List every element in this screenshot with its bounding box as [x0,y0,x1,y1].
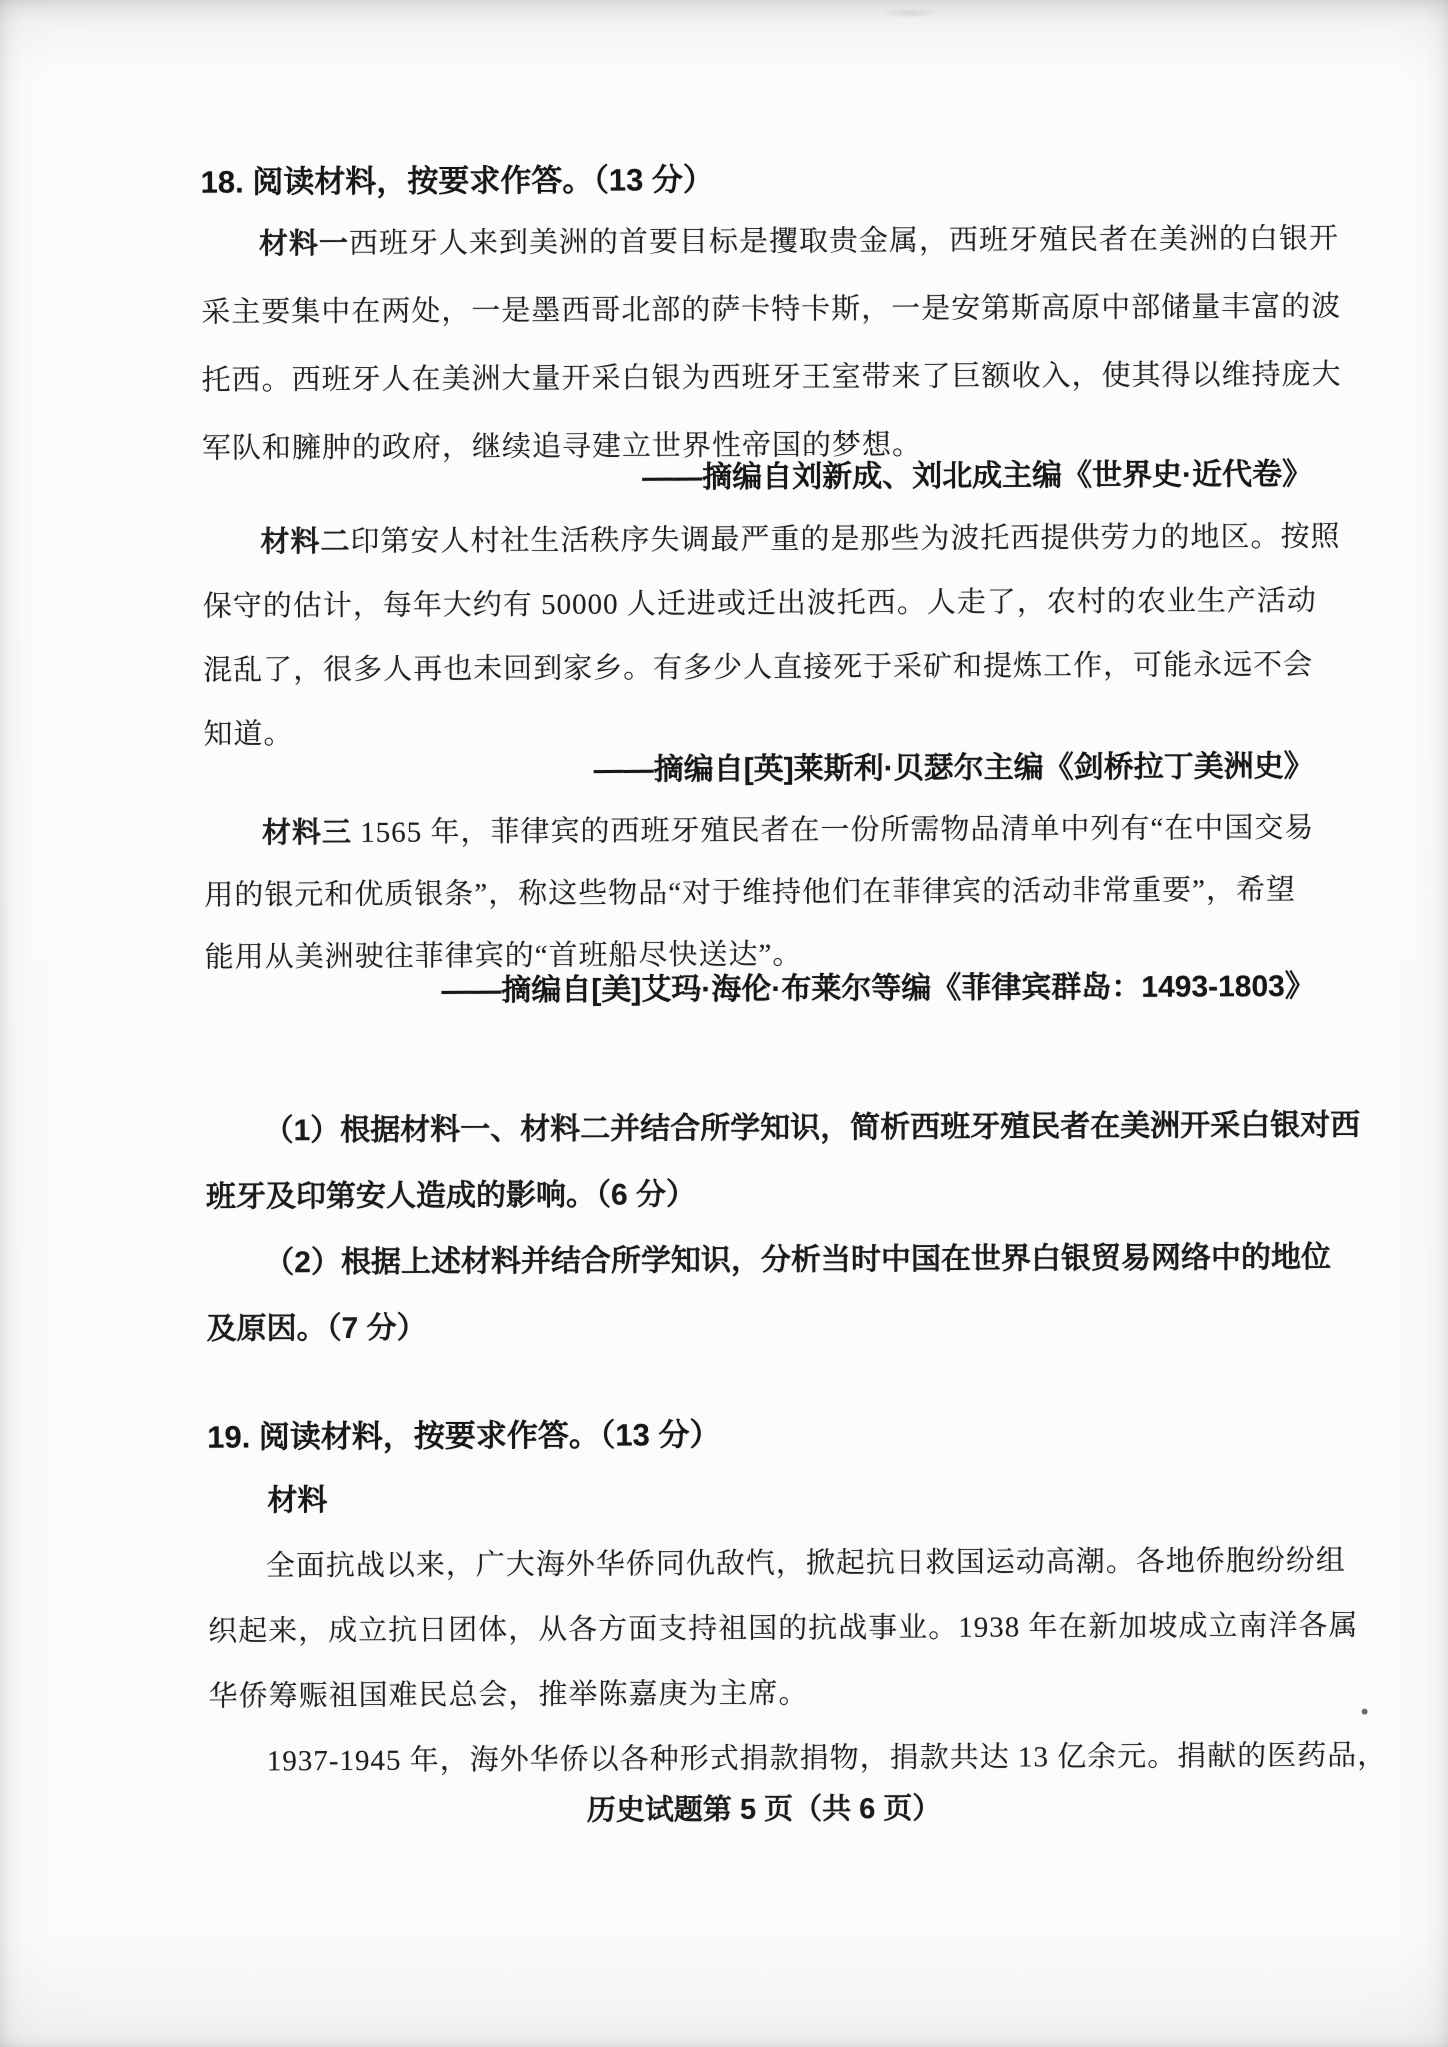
material-1-first-line: 西班牙人来到美洲的首要目标是攫取贵金属，西班牙殖民者在美洲的白银开 [349,223,1339,260]
question-19-material-label: 材料 [267,1482,327,1520]
material-2-first-line: 印第安人村社生活秩序失调最严重的是那些为波托西提供劳力的地区。按照 [350,521,1340,558]
text-line: 及原因。（7 分） [206,1291,1316,1363]
question-19-paragraph-2: 1937-1945 年，海外华侨以各种形式捐款捐物，捐款共达 13 亿余元。捐献… [209,1724,1319,1795]
scanned-exam-page: 18. 阅读材料，按要求作答。（13 分） 材料一西班牙人来到美洲的首要目标是攫… [0,0,1448,2047]
material-3-attribution: ——摘编自[美]艾玛·海伦·布莱尔等编《菲律宾群岛：1493-1803》 [441,969,1315,1010]
text-line: 采主要集中在两处，一是墨西哥北部的萨卡特卡斯，一是安第斯高原中部储量丰富的波 [201,273,1311,347]
text-line: 1937-1945 年，海外华侨以各种形式捐款捐物，捐款共达 13 亿余元。捐献… [209,1724,1319,1795]
text-line: 保守的估计，每年大约有 50000 人迁进或迁出波托西。人走了，农村的农业生产活… [203,569,1313,639]
question-18-part-1: （1）根据材料一、材料二并结合所学知识，简析西班牙殖民者在美洲开采白银对西 班牙… [205,1093,1316,1231]
material-2-paragraph: 材料二印第安人村社生活秩序失调最严重的是那些为波托西提供劳力的地区。按照 保守的… [202,505,1313,767]
material-1-paragraph: 材料一西班牙人来到美洲的首要目标是攫取贵金属，西班牙殖民者在美洲的白银开 采主要… [201,205,1312,483]
material-1-attribution: ——摘编自刘新成、刘北成主编《世界史·近代卷》 [642,457,1312,497]
text-line: 用的银元和优质银条”，称这些物品“对于维持他们在菲律宾的活动非常重要”，希望 [204,859,1314,927]
text-line: 材料一西班牙人来到美洲的首要目标是攫取贵金属，西班牙殖民者在美洲的白银开 [201,205,1311,279]
text-line: 材料三 1565 年，菲律宾的西班牙殖民者在一份所需物品清单中列有“在中国交易 [204,797,1314,865]
text-line: 班牙及印第安人造成的影响。（6 分） [206,1159,1316,1231]
text-line: 托西。西班牙人在美洲大量开采白银为西班牙王室带来了巨额收入，使其得以维持庞大 [201,341,1311,415]
material-1-label: 材料一 [259,228,349,260]
text-line: （1）根据材料一、材料二并结合所学知识，简析西班牙殖民者在美洲开采白银对西 [205,1093,1315,1165]
text-line: 混乱了，很多人再也未回到家乡。有多少人直接死于采矿和提炼工作，可能永远不会 [203,633,1313,703]
text-line: （2）根据上述材料并结合所学知识，分析当时中国在世界白银贸易网络中的地位 [206,1225,1316,1297]
question-18-heading: 18. 阅读材料，按要求作答。（13 分） [200,160,714,203]
question-18-part-2: （2）根据上述材料并结合所学知识，分析当时中国在世界白银贸易网络中的地位 及原因… [206,1225,1317,1363]
text-line: 织起来，成立抗日团体，从各方面支持祖国的抗战事业。1938 年在新加坡成立南洋各… [208,1594,1318,1665]
question-19-heading: 19. 阅读材料，按要求作答。（13 分） [207,1415,721,1458]
page-footer: 历史试题第 5 页（共 6 页） [209,1787,1319,1833]
stray-mark [1362,1709,1368,1715]
text-line: 材料二印第安人村社生活秩序失调最严重的是那些为波托西提供劳力的地区。按照 [202,505,1312,575]
material-2-label: 材料二 [260,526,350,558]
text-line: 华侨筹赈祖国难民总会，推举陈嘉庚为主席。 [208,1659,1318,1730]
question-19-paragraph-1: 全面抗战以来，广大海外华侨同仇敌忾，掀起抗日救国运动高潮。各地侨胞纷纷组 织起来… [208,1529,1319,1730]
text-line: 全面抗战以来，广大海外华侨同仇敌忾，掀起抗日救国运动高潮。各地侨胞纷纷组 [208,1529,1318,1600]
page-content: 18. 阅读材料，按要求作答。（13 分） 材料一西班牙人来到美洲的首要目标是攫… [0,0,1448,2047]
material-2-attribution: ——摘编自[英]莱斯利·贝瑟尔主编《剑桥拉丁美洲史》 [594,749,1314,789]
material-3-label: 材料三 [262,817,352,849]
material-3-paragraph: 材料三 1565 年，菲律宾的西班牙殖民者在一份所需物品清单中列有“在中国交易 … [204,797,1315,989]
material-3-first-line: 1565 年，菲律宾的西班牙殖民者在一份所需物品清单中列有“在中国交易 [352,812,1315,849]
page-number-text: 历史试题第 5 页（共 6 页） [587,1793,942,1827]
